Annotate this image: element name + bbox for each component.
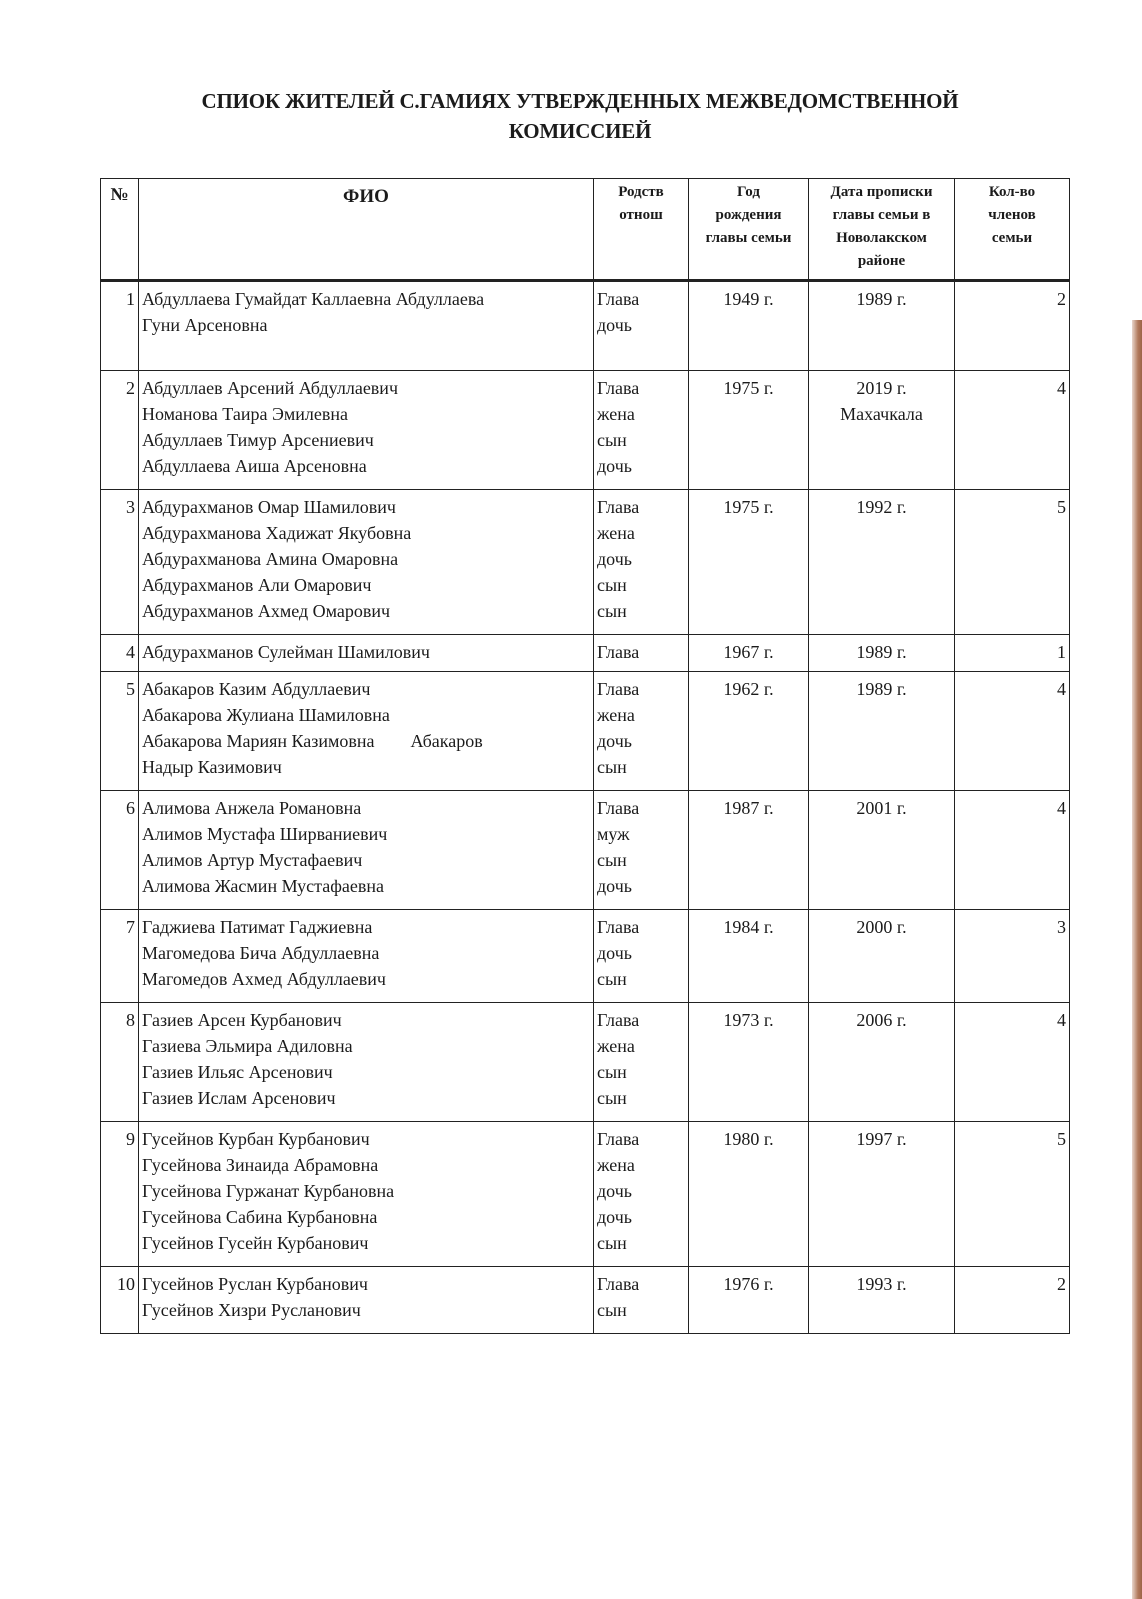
row-registration: 2006 г.	[809, 1003, 955, 1122]
relation-label: сын	[597, 754, 685, 780]
row-relations: Главасын	[594, 1267, 689, 1334]
row-names: Абдурахманов Омар ШамиловичАбдурахманова…	[139, 490, 594, 635]
row-number: 9	[101, 1122, 139, 1267]
relation-label: дочь	[597, 728, 685, 754]
person-name: Абакаров Казим Абдуллаевич	[142, 676, 590, 702]
row-number: 6	[101, 791, 139, 910]
relation-label: сын	[597, 1059, 685, 1085]
relation-label: дочь	[597, 1178, 685, 1204]
person-name: Газиев Арсен Курбанович	[142, 1007, 590, 1033]
registration-value: 1997 г.	[812, 1126, 951, 1152]
registration-value: 1989 г.	[812, 639, 951, 665]
row-birth-year: 1975 г.	[689, 490, 809, 635]
person-name: Алимова Анжела Романовна	[142, 795, 590, 821]
person-name: Алимов Артур Мустафаевич	[142, 847, 590, 873]
relation-label: жена	[597, 1033, 685, 1059]
relation-label: Глава	[597, 914, 685, 940]
relation-label: Глава	[597, 1126, 685, 1152]
row-birth-year: 1975 г.	[689, 371, 809, 490]
row-names: Гаджиева Патимат ГаджиевнаМагомедова Бич…	[139, 910, 594, 1003]
person-name: Абдурахманов Али Омарович	[142, 572, 590, 598]
header-number: №	[101, 179, 139, 281]
header-birth-year: Год рождения главы семьи	[689, 179, 809, 281]
relation-label: сын	[597, 427, 685, 453]
row-registration: 1992 г.	[809, 490, 955, 635]
row-number: 3	[101, 490, 139, 635]
relation-label: Глава	[597, 795, 685, 821]
table-row: 4Абдурахманов Сулейман ШамиловичГлава196…	[101, 635, 1070, 672]
document-title: СПИОК ЖИТЕЛЕЙ С.ГАМИЯХ УТВЕРЖДЕННЫХ МЕЖВ…	[140, 86, 1020, 146]
relation-label: дочь	[597, 453, 685, 479]
person-name: Алимов Мустафа Ширваниевич	[142, 821, 590, 847]
row-member-count: 2	[955, 281, 1070, 371]
table-row: 6Алимова Анжела РомановнаАлимов Мустафа …	[101, 791, 1070, 910]
person-name: Абдуллаев Арсений Абдуллаевич	[142, 375, 590, 401]
registration-value: 2019 г.	[812, 375, 951, 401]
table-row: 3Абдурахманов Омар ШамиловичАбдурахманов…	[101, 490, 1070, 635]
person-name: Гусейнов Хизри Русланович	[142, 1297, 590, 1323]
row-birth-year: 1976 г.	[689, 1267, 809, 1334]
row-number: 10	[101, 1267, 139, 1334]
person-name: Номанова Таира Эмилевна	[142, 401, 590, 427]
registration-value: 2006 г.	[812, 1007, 951, 1033]
row-member-count: 4	[955, 371, 1070, 490]
person-name: Абдуллаев Тимур Арсениевич	[142, 427, 590, 453]
person-name: Магомедова Бича Абдуллаевна	[142, 940, 590, 966]
table-row: 5Абакаров Казим АбдуллаевичАбакарова Жул…	[101, 672, 1070, 791]
person-name: Гуни Арсеновна	[142, 312, 590, 338]
row-names: Гусейнов Курбан КурбановичГусейнова Зина…	[139, 1122, 594, 1267]
row-relations: Главадочь	[594, 281, 689, 371]
relation-label: дочь	[597, 1204, 685, 1230]
row-relations: Главаженадочьсынсын	[594, 490, 689, 635]
relation-label: Глава	[597, 286, 685, 312]
row-number: 8	[101, 1003, 139, 1122]
row-birth-year: 1987 г.	[689, 791, 809, 910]
row-member-count: 5	[955, 1122, 1070, 1267]
row-registration: 1989 г.	[809, 672, 955, 791]
relation-label: сын	[597, 1297, 685, 1323]
title-line-1: СПИОК ЖИТЕЛЕЙ С.ГАМИЯХ УТВЕРЖДЕННЫХ МЕЖВ…	[140, 86, 1020, 116]
row-names: Абдуллаева Гумайдат Каллаевна Абдуллаева…	[139, 281, 594, 371]
row-relations: Главаженасындочь	[594, 371, 689, 490]
relation-label: сын	[597, 1230, 685, 1256]
person-name: Газиева Эльмира Адиловна	[142, 1033, 590, 1059]
header-fio: ФИО	[139, 179, 594, 281]
table-row: 7Гаджиева Патимат ГаджиевнаМагомедова Би…	[101, 910, 1070, 1003]
relation-label: дочь	[597, 940, 685, 966]
row-registration: 2000 г.	[809, 910, 955, 1003]
person-name: Гусейнов Курбан Курбанович	[142, 1126, 590, 1152]
person-name: Абакарова Мариян Казимовна Абакаров	[142, 728, 590, 754]
row-member-count: 4	[955, 672, 1070, 791]
person-name: Магомедов Ахмед Абдуллаевич	[142, 966, 590, 992]
header-member-count: Кол-во членов семьи	[955, 179, 1070, 281]
relation-label: дочь	[597, 312, 685, 338]
table-row: 1Абдуллаева Гумайдат Каллаевна Абдуллаев…	[101, 281, 1070, 371]
table-row: 8Газиев Арсен КурбановичГазиева Эльмира …	[101, 1003, 1070, 1122]
row-names: Абакаров Казим АбдуллаевичАбакарова Жули…	[139, 672, 594, 791]
person-name: Абдурахманова Хадижат Якубовна	[142, 520, 590, 546]
person-name: Алимова Жасмин Мустафаевна	[142, 873, 590, 899]
person-name: Абдурахманов Сулейман Шамилович	[142, 639, 590, 665]
row-birth-year: 1949 г.	[689, 281, 809, 371]
row-member-count: 3	[955, 910, 1070, 1003]
relation-label: жена	[597, 702, 685, 728]
person-name: Абдурахманов Ахмед Омарович	[142, 598, 590, 624]
row-number: 2	[101, 371, 139, 490]
paper-edge-shadow	[1132, 320, 1142, 1599]
person-name: Надыр Казимович	[142, 754, 590, 780]
person-name: Гусейнов Руслан Курбанович	[142, 1271, 590, 1297]
registration-value: 1992 г.	[812, 494, 951, 520]
row-registration: 2019 г.Махачкала	[809, 371, 955, 490]
row-names: Абдурахманов Сулейман Шамилович	[139, 635, 594, 672]
row-relations: Глава	[594, 635, 689, 672]
row-member-count: 2	[955, 1267, 1070, 1334]
row-relations: Главаженадочьдочьсын	[594, 1122, 689, 1267]
row-member-count: 4	[955, 1003, 1070, 1122]
person-name: Гаджиева Патимат Гаджиевна	[142, 914, 590, 940]
row-birth-year: 1984 г.	[689, 910, 809, 1003]
row-registration: 1989 г.	[809, 635, 955, 672]
person-name: Абдурахманова Амина Омаровна	[142, 546, 590, 572]
relation-label: жена	[597, 520, 685, 546]
row-member-count: 4	[955, 791, 1070, 910]
row-number: 5	[101, 672, 139, 791]
relation-label: сын	[597, 1085, 685, 1111]
relation-label: сын	[597, 966, 685, 992]
relation-label: дочь	[597, 546, 685, 572]
row-relations: Главаженасынсын	[594, 1003, 689, 1122]
row-number: 7	[101, 910, 139, 1003]
title-line-2: КОМИССИЕЙ	[140, 116, 1020, 146]
person-name: Абдурахманов Омар Шамилович	[142, 494, 590, 520]
relation-label: Глава	[597, 1007, 685, 1033]
person-name: Газиев Ильяс Арсенович	[142, 1059, 590, 1085]
row-birth-year: 1962 г.	[689, 672, 809, 791]
registration-value: 2000 г.	[812, 914, 951, 940]
relation-label: Глава	[597, 639, 685, 665]
relation-label: Глава	[597, 494, 685, 520]
person-name: Гусейнова Гуржанат Курбановна	[142, 1178, 590, 1204]
registration-value: 2001 г.	[812, 795, 951, 821]
registration-value: 1989 г.	[812, 286, 951, 312]
person-name: Гусейнов Гусейн Курбанович	[142, 1230, 590, 1256]
relation-label: муж	[597, 821, 685, 847]
row-birth-year: 1973 г.	[689, 1003, 809, 1122]
person-name: Абакарова Жулиана Шамиловна	[142, 702, 590, 728]
row-names: Гусейнов Руслан КурбановичГусейнов Хизри…	[139, 1267, 594, 1334]
relation-label: дочь	[597, 873, 685, 899]
row-birth-year: 1980 г.	[689, 1122, 809, 1267]
row-registration: 1989 г.	[809, 281, 955, 371]
row-registration: 1993 г.	[809, 1267, 955, 1334]
row-number: 4	[101, 635, 139, 672]
row-relations: Главадочьсын	[594, 910, 689, 1003]
row-relations: Главамужсындочь	[594, 791, 689, 910]
table-row: 9Гусейнов Курбан КурбановичГусейнова Зин…	[101, 1122, 1070, 1267]
relation-label: жена	[597, 401, 685, 427]
person-name: Гусейнова Зинаида Абрамовна	[142, 1152, 590, 1178]
person-name: Газиев Ислам Арсенович	[142, 1085, 590, 1111]
row-registration: 1997 г.	[809, 1122, 955, 1267]
person-name: Гусейнова Сабина Курбановна	[142, 1204, 590, 1230]
registration-value: 1989 г.	[812, 676, 951, 702]
table-body: 1Абдуллаева Гумайдат Каллаевна Абдуллаев…	[101, 281, 1070, 1334]
row-relations: Главаженадочьсын	[594, 672, 689, 791]
row-names: Газиев Арсен КурбановичГазиева Эльмира А…	[139, 1003, 594, 1122]
registration-value: Махачкала	[812, 401, 951, 427]
relation-label: сын	[597, 598, 685, 624]
person-name: Абдуллаева Гумайдат Каллаевна Абдуллаева	[142, 286, 590, 312]
person-name: Абдуллаева Аиша Арсеновна	[142, 453, 590, 479]
row-number: 1	[101, 281, 139, 371]
header-registration-date: Дата прописки главы семьи в Новолакском …	[809, 179, 955, 281]
row-names: Абдуллаев Арсений АбдуллаевичНоманова Та…	[139, 371, 594, 490]
row-member-count: 1	[955, 635, 1070, 672]
row-registration: 2001 г.	[809, 791, 955, 910]
table-header-row: № ФИО Родств отнош Год рождения главы се…	[101, 179, 1070, 281]
registration-value: 1993 г.	[812, 1271, 951, 1297]
header-relation: Родств отнош	[594, 179, 689, 281]
row-names: Алимова Анжела РомановнаАлимов Мустафа Ш…	[139, 791, 594, 910]
table-row: 10Гусейнов Руслан КурбановичГусейнов Хиз…	[101, 1267, 1070, 1334]
relation-label: сын	[597, 572, 685, 598]
relation-label: Глава	[597, 676, 685, 702]
residents-table: № ФИО Родств отнош Год рождения главы се…	[100, 178, 1070, 1334]
relation-label: сын	[597, 847, 685, 873]
relation-label: Глава	[597, 375, 685, 401]
relation-label: Глава	[597, 1271, 685, 1297]
table-row: 2Абдуллаев Арсений АбдуллаевичНоманова Т…	[101, 371, 1070, 490]
row-member-count: 5	[955, 490, 1070, 635]
relation-label: жена	[597, 1152, 685, 1178]
row-birth-year: 1967 г.	[689, 635, 809, 672]
